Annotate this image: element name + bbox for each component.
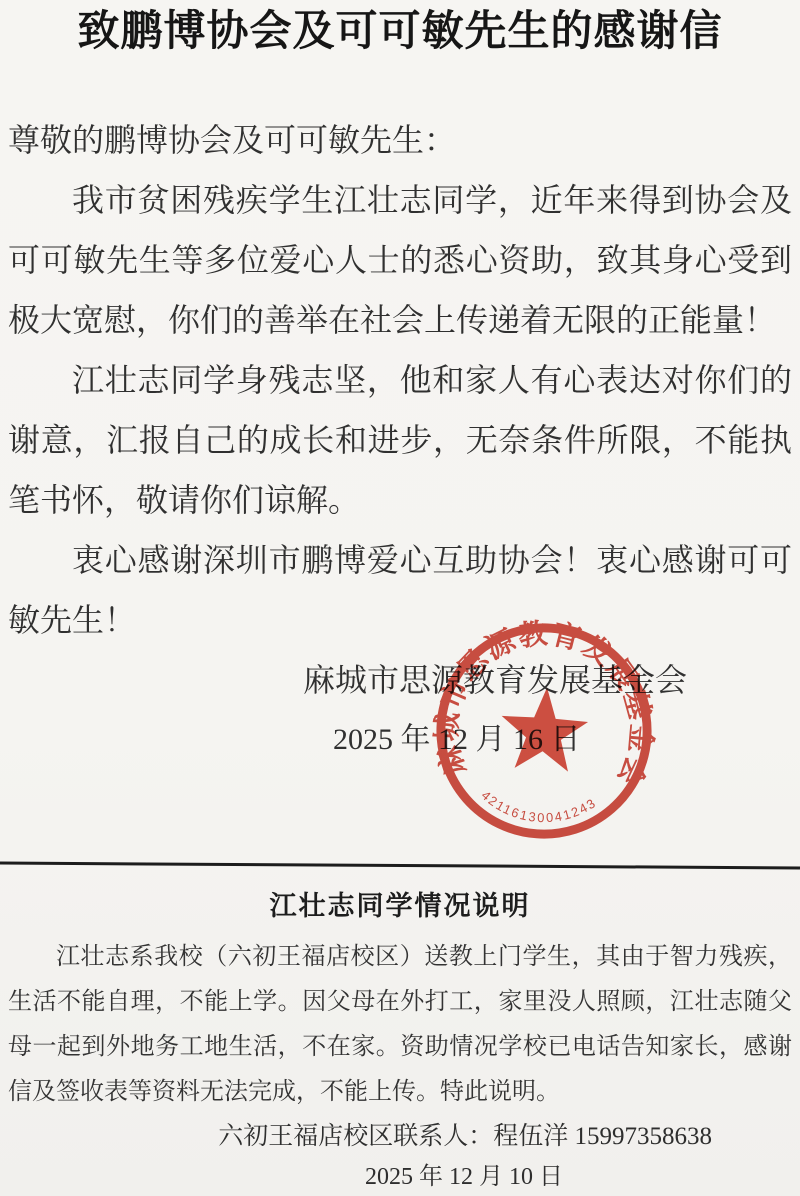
letter-paragraph-1: 我市贫困残疾学生江壮志同学，近年来得到协会及可可敏先生等多位爱心人士的悉心资助，… [8,170,792,350]
official-seal-stamp: 麻城市思源教育发展基金会 42116130041243 [422,609,665,852]
star-icon [498,684,590,772]
note-title: 江壮志同学情况说明 [0,889,800,923]
letter-salutation: 尊敬的鹏博协会及可可敏先生： [8,110,792,170]
note-contact-line: 六初王福店校区联系人：程伍洋 15997358638 [218,1117,712,1157]
section-divider [0,862,800,870]
letter-paragraph-2: 江壮志同学身残志坚，他和家人有心表达对你们的谢意，汇报自己的成长和进步，无奈条件… [8,350,792,530]
letter-paragraph-3: 衷心感谢深圳市鹏博爱心互助协会！衷心感谢可可敏先生！ [8,530,792,650]
scanned-letter-page: 致鹏博协会及可可敏先生的感谢信 尊敬的鹏博协会及可可敏先生： 我市贫困残疾学生江… [0,0,800,1196]
letter-date: 2025 年 12 月 16 日 [8,710,792,770]
letter-title: 致鹏博协会及可可敏先生的感谢信 [0,4,800,60]
letter-signer: 麻城市思源教育发展基金会 [8,650,792,710]
letter-body: 尊敬的鹏博协会及可可敏先生： 我市贫困残疾学生江壮志同学，近年来得到协会及可可敏… [0,110,800,770]
note-date: 2025 年 12 月 10 日 [0,1157,800,1196]
note-body: 江壮志系我校（六初王福店校区）送教上门学生，其由于智力残疾，生活不能自理，不能上… [0,935,800,1115]
